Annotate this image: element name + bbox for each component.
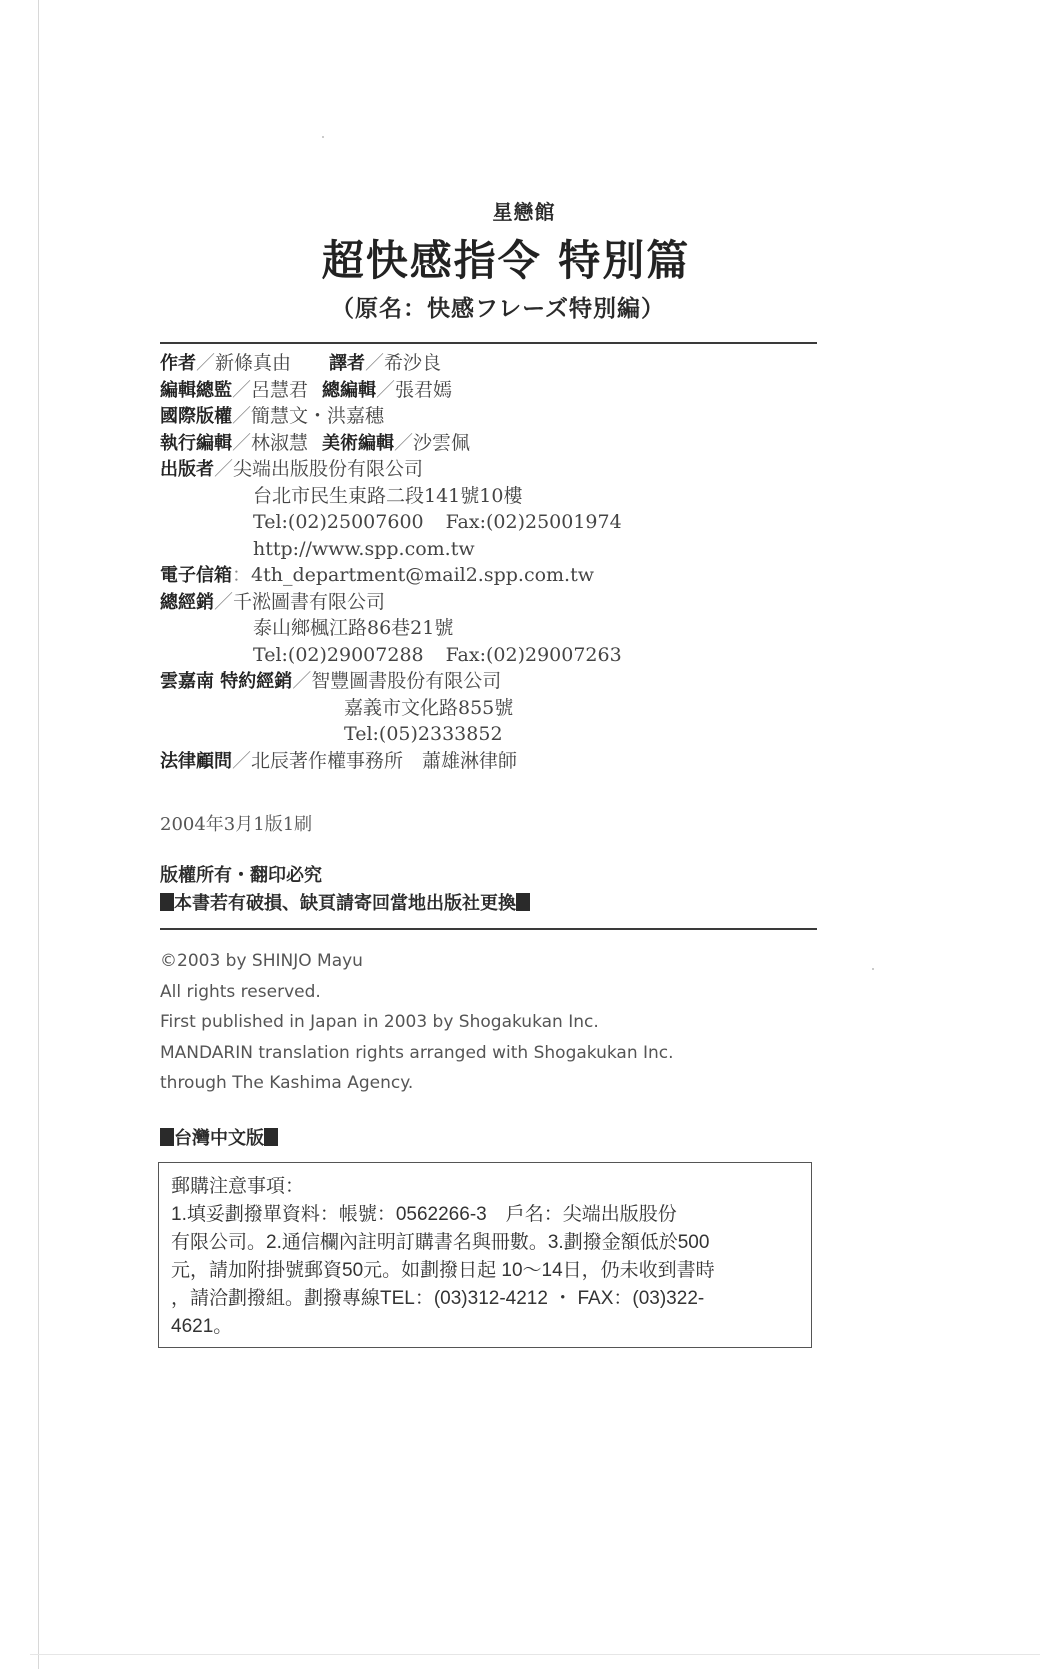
scan-speck bbox=[872, 968, 874, 970]
slash: ／ bbox=[214, 591, 233, 613]
english-line-4: MANDARIN translation rights arranged wit… bbox=[160, 1038, 674, 1069]
exec-editor-label: 執行編輯 bbox=[160, 433, 232, 454]
translator-label: 譯者 bbox=[329, 353, 365, 374]
slash: ／ bbox=[292, 670, 311, 692]
credit-row-distributor: 總經銷／千淞圖書有限公司 bbox=[160, 589, 820, 616]
distributor-address: 泰山鄉楓江路86巷21號 bbox=[160, 615, 820, 642]
credit-row-email: 電子信箱：4th_department@mail2.spp.com.tw bbox=[160, 562, 820, 589]
book-title: 超快感指令 特別篇 bbox=[0, 228, 1012, 288]
chief-editor-label: 總編輯 bbox=[322, 380, 376, 401]
black-square-icon bbox=[516, 893, 530, 911]
credit-row-author: 作者／新條真由譯者／希沙良 bbox=[160, 350, 820, 377]
email-value: 4th_department@mail2.spp.com.tw bbox=[251, 564, 594, 586]
divider-middle bbox=[160, 928, 817, 930]
publisher-fax: Fax:(02)25001974 bbox=[446, 511, 622, 533]
publisher-tel: Tel:(02)25007600 bbox=[253, 511, 424, 533]
email-label: 電子信箱 bbox=[160, 565, 232, 586]
distributor-label: 總經銷 bbox=[160, 592, 214, 613]
regional-label: 雲嘉南 特約經銷 bbox=[160, 671, 292, 692]
slash: ／ bbox=[196, 352, 215, 374]
intl-rights-label: 國際版權 bbox=[160, 406, 232, 427]
divider-top bbox=[160, 342, 817, 344]
intl-rights-value: 簡慧文・洪嘉穗 bbox=[251, 405, 384, 427]
slash: ／ bbox=[214, 458, 233, 480]
edition-label-row: 台灣中文版 bbox=[160, 1124, 278, 1150]
slash: ／ bbox=[394, 432, 413, 454]
legal-value: 北辰著作權事務所 蕭雄淋律師 bbox=[251, 750, 517, 772]
credit-row-intl-rights: 國際版權／簡慧文・洪嘉穗 bbox=[160, 403, 820, 430]
slash: ／ bbox=[232, 405, 251, 427]
distributor-tel: Tel:(02)29007288 bbox=[253, 644, 424, 666]
chief-editor-value: 張君嫣 bbox=[395, 379, 452, 401]
slash: ／ bbox=[232, 750, 251, 772]
regional-value: 智豐圖書股份有限公司 bbox=[311, 670, 501, 692]
publisher-address: 台北市民生東路二段141號10樓 bbox=[160, 483, 820, 510]
slash: ／ bbox=[376, 379, 395, 401]
slash: ／ bbox=[232, 432, 251, 454]
rights-line-1: 版權所有・翻印必究 bbox=[160, 862, 530, 890]
art-editor-label: 美術編輯 bbox=[322, 433, 394, 454]
imprint-name: 星戀館 bbox=[0, 196, 1048, 225]
author-value: 新條真由 bbox=[215, 352, 291, 374]
mail-order-notice-box: 郵購注意事項： 1.填妥劃撥單資料：帳號：0562266-3 戶名：尖端出版股份… bbox=[158, 1162, 812, 1348]
english-line-3: First published in Japan in 2003 by Shog… bbox=[160, 1007, 674, 1038]
order-notice-line-5: 4621。 bbox=[171, 1313, 801, 1341]
colon: ： bbox=[232, 564, 251, 586]
distributor-value: 千淞圖書有限公司 bbox=[233, 591, 385, 613]
credit-row-publisher: 出版者／尖端出版股份有限公司 bbox=[160, 456, 820, 483]
rights-line-2-row: 本書若有破損、缺頁請寄回當地出版社更換 bbox=[160, 890, 530, 918]
regional-address: 嘉義市文化路855號 bbox=[160, 695, 820, 722]
english-copyright: ©2003 by SHINJO Mayu All rights reserved… bbox=[160, 946, 674, 1099]
page-bottom-edge bbox=[30, 1654, 1040, 1655]
order-notice-line-3: 元，請加附掛號郵資50元。如劃撥日起 10～14日，仍未收到書時 bbox=[171, 1257, 801, 1285]
order-notice-title: 郵購注意事項： bbox=[171, 1173, 801, 1201]
credit-row-legal: 法律顧問／北辰著作權事務所 蕭雄淋律師 bbox=[160, 748, 820, 775]
legal-label: 法律顧問 bbox=[160, 751, 232, 772]
edition-label: 台灣中文版 bbox=[174, 1128, 264, 1149]
distributor-phone-row: Tel:(02)29007288Fax:(02)29007263 bbox=[160, 642, 820, 669]
black-square-icon bbox=[160, 1128, 174, 1146]
publisher-label: 出版者 bbox=[160, 459, 214, 480]
english-line-5: through The Kashima Agency. bbox=[160, 1068, 674, 1099]
chief-supervisor-value: 呂慧君 bbox=[251, 379, 308, 401]
english-line-1: ©2003 by SHINJO Mayu bbox=[160, 946, 674, 977]
translator-value: 希沙良 bbox=[384, 352, 441, 374]
rights-notice: 版權所有・翻印必究 本書若有破損、缺頁請寄回當地出版社更換 bbox=[160, 862, 530, 918]
exec-editor-value: 林淑慧 bbox=[251, 432, 308, 454]
slash: ／ bbox=[365, 352, 384, 374]
distributor-fax: Fax:(02)29007263 bbox=[446, 644, 622, 666]
publisher-url: http://www.spp.com.tw bbox=[160, 536, 820, 563]
scan-speck bbox=[322, 136, 324, 138]
rights-line-2: 本書若有破損、缺頁請寄回當地出版社更換 bbox=[174, 893, 516, 914]
regional-tel: Tel:(05)2333852 bbox=[160, 721, 820, 748]
order-notice-line-1: 1.填妥劃撥單資料：帳號：0562266-3 戶名：尖端出版股份 bbox=[171, 1201, 801, 1229]
chief-supervisor-label: 編輯總監 bbox=[160, 380, 232, 401]
publisher-phone-row: Tel:(02)25007600Fax:(02)25001974 bbox=[160, 509, 820, 536]
print-date: 2004年3月1版1刷 bbox=[160, 810, 312, 836]
art-editor-value: 沙雲佩 bbox=[413, 432, 470, 454]
publisher-value: 尖端出版股份有限公司 bbox=[233, 458, 423, 480]
author-label: 作者 bbox=[160, 353, 196, 374]
credits-block: 作者／新條真由譯者／希沙良 編輯總監／呂慧君總編輯／張君嫣 國際版權／簡慧文・洪… bbox=[160, 350, 820, 774]
credit-row-editors: 編輯總監／呂慧君總編輯／張君嫣 bbox=[160, 377, 820, 404]
english-line-2: All rights reserved. bbox=[160, 977, 674, 1008]
slash: ／ bbox=[232, 379, 251, 401]
order-notice-line-4: ，請洽劃撥組。劃撥專線TEL：(03)312-4212 ・ FAX：(03)32… bbox=[171, 1285, 801, 1313]
order-notice-line-2: 有限公司。2.通信欄內註明訂購書名與冊數。3.劃撥金額低於500 bbox=[171, 1229, 801, 1257]
credit-row-regional: 雲嘉南 特約經銷／智豐圖書股份有限公司 bbox=[160, 668, 820, 695]
black-square-icon bbox=[160, 893, 174, 911]
credit-row-exec-art: 執行編輯／林淑慧美術編輯／沙雲佩 bbox=[160, 430, 820, 457]
black-square-icon bbox=[264, 1128, 278, 1146]
original-title: （原名：快感フレーズ特別編） bbox=[0, 290, 996, 323]
